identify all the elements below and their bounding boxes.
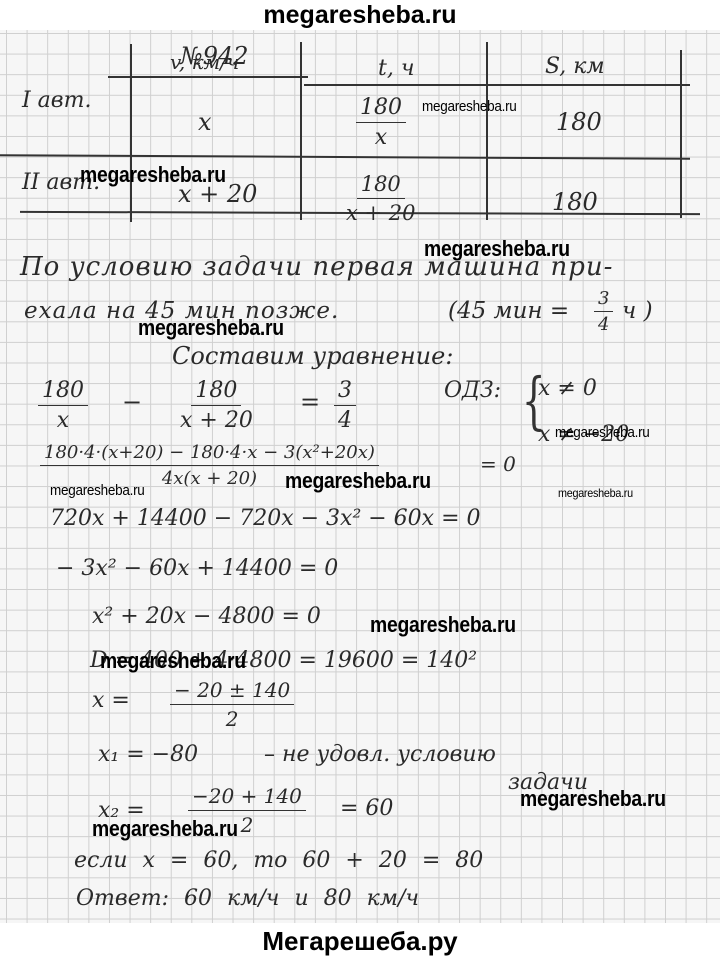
site-footer-title[interactable]: Мегарешеба.ру	[0, 923, 720, 957]
eq-minus: −	[122, 388, 142, 416]
root-x2-num: −20 + 140	[188, 784, 306, 811]
root-x2-den: 2	[241, 811, 254, 837]
table-hline	[0, 154, 690, 159]
table-hline	[304, 84, 690, 86]
conversion-suffix: ч )	[622, 298, 653, 324]
combined-rhs: = 0	[480, 452, 516, 476]
combined-den: 4x(x + 20)	[162, 466, 257, 489]
eq-f1-num: 180	[38, 378, 88, 406]
equation-fraction-2: 180 x + 20	[180, 378, 253, 433]
header-distance: S, км	[545, 54, 605, 79]
combined-num: 180·4·(x+20) − 180·4·x − 3(x²+20x)	[40, 442, 379, 466]
site-header-title[interactable]: megaresheba.ru	[0, 0, 720, 30]
table-vline	[486, 42, 488, 220]
eq-f2-num: 180	[191, 378, 241, 406]
header-time: t, ч	[378, 56, 415, 81]
root-general-lhs: x =	[92, 688, 130, 713]
watermark: megaresheba.ru	[422, 98, 517, 115]
first-car-time-num: 180	[356, 95, 406, 123]
final-answer: Ответ: 60 км/ч и 80 км/ч	[76, 886, 419, 911]
watermark: megaresheba.ru	[555, 424, 650, 441]
first-car-distance: 180	[556, 108, 602, 136]
watermark: megaresheba.ru	[100, 648, 246, 674]
watermark: megaresheba.ru	[424, 236, 570, 262]
row-label-first-car: I авт.	[22, 88, 91, 113]
step-3: x² + 20x − 4800 = 0	[92, 604, 321, 629]
conversion-fraction: 3 4	[594, 288, 613, 335]
equation-fraction-3: 3 4	[334, 378, 356, 433]
notebook-page: №942 v, км/ч t, ч S, км I авт. x 180 x 1…	[0, 30, 720, 923]
watermark: megaresheba.ru	[92, 816, 238, 842]
watermark: megaresheba.ru	[50, 482, 145, 499]
root-x1: x₁ = −80	[98, 742, 198, 767]
step-1: 720x + 14400 − 720x − 3x² − 60x = 0	[50, 506, 481, 531]
conversion-num: 3	[594, 288, 613, 312]
first-car-time-den: x	[375, 123, 387, 150]
root-x2-rhs: = 60	[340, 796, 393, 821]
watermark: megaresheba.ru	[80, 162, 226, 188]
eq-f3-num: 3	[334, 378, 356, 406]
header-speed: v, км/ч	[170, 50, 239, 74]
step-2: − 3x² − 60x + 14400 = 0	[56, 556, 338, 581]
watermark: megaresheba.ru	[520, 786, 666, 812]
second-car-time: 180 x + 20	[346, 172, 416, 225]
watermark: megaresheba.ru	[138, 315, 284, 341]
second-car-time-den: x + 20	[346, 199, 416, 225]
equation-fraction-1: 180 x	[38, 378, 88, 433]
conversion-prefix: (45 мин =	[448, 298, 569, 324]
first-car-time: 180 x	[356, 95, 406, 150]
root-general-num: − 20 ± 140	[170, 678, 294, 705]
second-car-distance: 180	[552, 188, 598, 216]
compose-equation-text: Составим уравнение:	[172, 342, 453, 370]
root-general-fraction: − 20 ± 140 2	[170, 678, 294, 731]
root-general-den: 2	[226, 705, 239, 731]
conversion-den: 4	[598, 312, 609, 335]
table-vline	[680, 50, 682, 218]
watermark: megaresheba.ru	[558, 486, 633, 500]
eq-f2-den: x + 20	[180, 406, 253, 433]
watermark: megaresheba.ru	[370, 612, 516, 638]
table-vline	[300, 42, 302, 220]
first-car-speed: x	[198, 108, 212, 136]
table-vline	[130, 44, 132, 222]
root-x1-note: – не удовл. условию	[264, 742, 496, 767]
table-hline	[108, 76, 308, 78]
odz-condition-1: x ≠ 0	[538, 376, 597, 401]
eq-f3-den: 4	[338, 406, 352, 433]
conclusion-if-line: если x = 60, то 60 + 20 = 80	[74, 848, 483, 873]
eq-equals: =	[300, 388, 320, 416]
watermark: megaresheba.ru	[285, 468, 431, 494]
odz-label: ОДЗ:	[444, 378, 501, 403]
second-car-time-num: 180	[357, 172, 405, 199]
eq-f1-den: x	[57, 406, 69, 433]
